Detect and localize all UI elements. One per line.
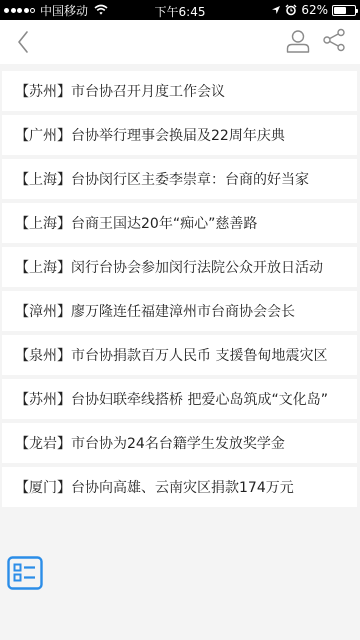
news-region-tag: 【龙岩】 bbox=[15, 433, 71, 453]
news-region-tag: 【漳州】 bbox=[15, 301, 71, 321]
news-title: 台协向高雄、云南灾区捐款174万元 bbox=[71, 477, 294, 497]
news-title: 市台协召开月度工作会议 bbox=[71, 81, 225, 101]
news-item[interactable]: 【苏州】台协妇联牵线搭桥 把爱心岛筑成“文化岛” bbox=[2, 379, 357, 419]
news-item[interactable]: 【上海】台协闵行区主委李崇章：台商的好当家 bbox=[2, 159, 357, 199]
news-title: 台协妇联牵线搭桥 把爱心岛筑成“文化岛” bbox=[71, 389, 328, 409]
news-title: 市台协为24名台籍学生发放奖学金 bbox=[71, 433, 285, 453]
user-icon[interactable] bbox=[285, 28, 311, 54]
status-bar: 中国移动 下午6:45 62% bbox=[0, 0, 360, 20]
list-view-icon[interactable] bbox=[7, 556, 43, 590]
news-title: 台协举行理事会换届及22周年庆典 bbox=[71, 125, 285, 145]
news-region-tag: 【上海】 bbox=[15, 257, 71, 277]
news-region-tag: 【苏州】 bbox=[15, 389, 71, 409]
battery-percent: 62% bbox=[301, 3, 328, 17]
news-region-tag: 【泉州】 bbox=[15, 345, 71, 365]
status-right: 62% bbox=[271, 0, 356, 20]
news-item[interactable]: 【漳州】廖万隆连任福建漳州市台商协会会长 bbox=[2, 291, 357, 331]
news-title: 台商王国达20年“痴心”慈善路 bbox=[71, 213, 257, 233]
news-item[interactable]: 【泉州】市台协捐款百万人民币 支援鲁甸地震灾区 bbox=[2, 335, 357, 375]
news-title: 闵行台协会参加闵行法院公众开放日活动 bbox=[71, 257, 323, 277]
news-item[interactable]: 【龙岩】市台协为24名台籍学生发放奖学金 bbox=[2, 423, 357, 463]
share-icon[interactable] bbox=[322, 28, 346, 52]
nav-bar bbox=[0, 20, 360, 64]
news-region-tag: 【广州】 bbox=[15, 125, 71, 145]
news-region-tag: 【苏州】 bbox=[15, 81, 71, 101]
news-item[interactable]: 【苏州】市台协召开月度工作会议 bbox=[2, 71, 357, 111]
news-title: 台协闵行区主委李崇章：台商的好当家 bbox=[71, 169, 309, 189]
news-title: 廖万隆连任福建漳州市台商协会会长 bbox=[71, 301, 295, 321]
location-arrow-icon bbox=[271, 5, 281, 15]
news-region-tag: 【厦门】 bbox=[15, 477, 71, 497]
news-region-tag: 【上海】 bbox=[15, 213, 71, 233]
alarm-clock-icon bbox=[285, 4, 297, 16]
news-item[interactable]: 【上海】台商王国达20年“痴心”慈善路 bbox=[2, 203, 357, 243]
news-item[interactable]: 【广州】台协举行理事会换届及22周年庆典 bbox=[2, 115, 357, 155]
news-region-tag: 【上海】 bbox=[15, 169, 71, 189]
news-item[interactable]: 【厦门】台协向高雄、云南灾区捐款174万元 bbox=[2, 467, 357, 507]
news-title: 市台协捐款百万人民币 支援鲁甸地震灾区 bbox=[71, 345, 327, 365]
news-list: 【苏州】市台协召开月度工作会议 【广州】台协举行理事会换届及22周年庆典 【上海… bbox=[2, 71, 357, 507]
battery-icon bbox=[332, 5, 356, 16]
back-chevron-icon[interactable] bbox=[14, 29, 34, 55]
news-item[interactable]: 【上海】闵行台协会参加闵行法院公众开放日活动 bbox=[2, 247, 357, 287]
